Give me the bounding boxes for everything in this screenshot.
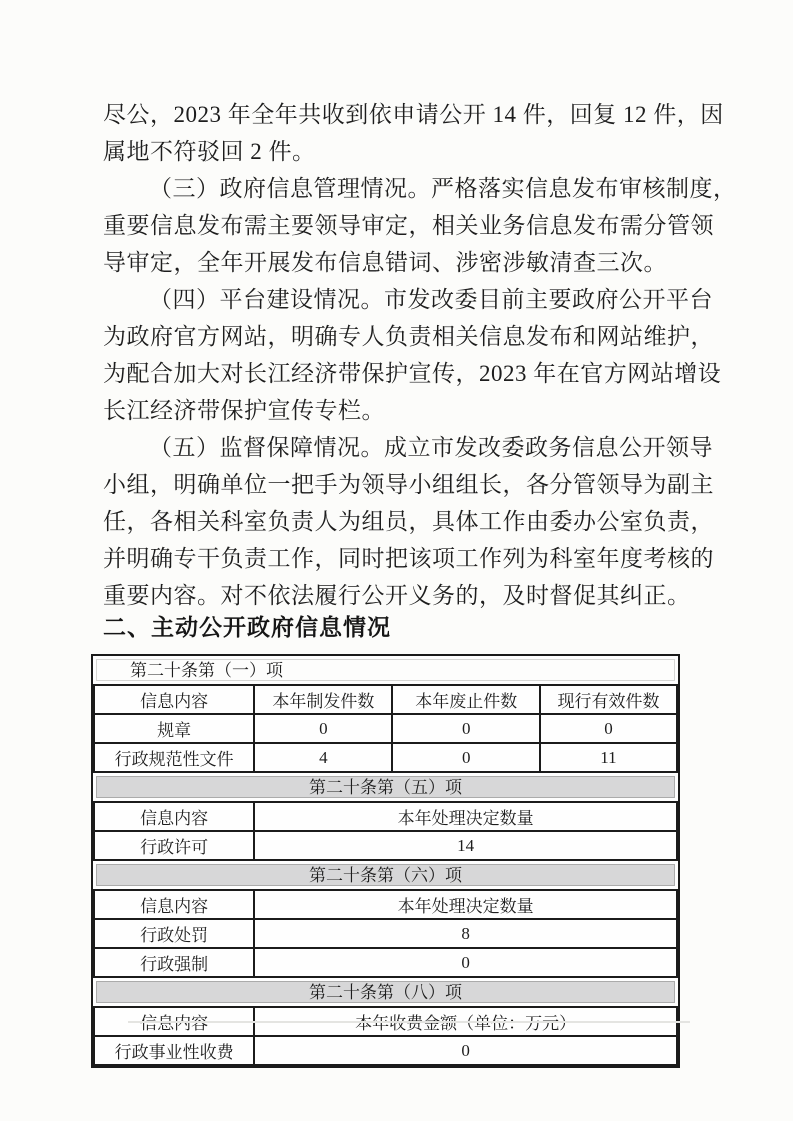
table-row: 行政许可 14 (94, 831, 677, 860)
table-cell: 0 (392, 743, 539, 772)
scanned-document-page: 尽公，2023 年全年共收到依申请公开 14 件，回复 12 件，因 属地不符驳… (0, 0, 793, 1121)
table-cell: 4 (254, 743, 392, 772)
table-header-cell: 信息内容 (94, 802, 254, 831)
table-header-cell: 信息内容 (94, 685, 254, 714)
body-text-block: 尽公，2023 年全年共收到依申请公开 14 件，回复 12 件，因 属地不符驳… (103, 96, 695, 614)
table-section-caption: 第二十条第（五）项 (96, 776, 675, 798)
body-paragraph-supervision-guarantee: （五）监督保障情况。成立市发改委政务信息公开领导 小组，明确单位一把手为领导小组… (103, 429, 695, 614)
body-paragraph-continuation: 尽公，2023 年全年共收到依申请公开 14 件，回复 12 件，因 属地不符驳… (103, 96, 695, 170)
table-cell: 0 (254, 948, 677, 977)
table-row: 行政处罚 8 (94, 919, 677, 948)
table-section-article20-item1: 信息内容 本年制发件数 本年废止件数 现行有效件数 规章 0 0 0 行政规范性… (93, 684, 678, 773)
table-row: 规章 0 0 0 (94, 714, 677, 743)
disclosure-table: 第二十条第（一）项 信息内容 本年制发件数 本年废止件数 现行有效件数 规章 0… (91, 654, 680, 1068)
table-row: 行政规范性文件 4 0 11 (94, 743, 677, 772)
table-cell: 行政强制 (94, 948, 254, 977)
table-row: 行政强制 0 (94, 948, 677, 977)
table-section-article20-item8: 信息内容 本年收费金额（单位：万元） 行政事业性收费 0 (93, 1006, 678, 1066)
table-cell: 行政规范性文件 (94, 743, 254, 772)
body-paragraph-info-management: （三）政府信息管理情况。严格落实信息发布审核制度， 重要信息发布需主要领导审定，… (103, 170, 695, 281)
table-cell: 0 (392, 714, 539, 743)
table-section-caption: 第二十条第（一）项 (96, 659, 675, 681)
body-paragraph-platform-construction: （四）平台建设情况。市发改委目前主要政府公开平台 为政府官方网站，明确专人负责相… (103, 281, 695, 429)
table-cell: 行政事业性收费 (94, 1036, 254, 1065)
table-cell: 0 (254, 714, 392, 743)
table-section-article20-item6: 信息内容 本年处理决定数量 行政处罚 8 行政强制 0 (93, 889, 678, 978)
table-cell: 8 (254, 919, 677, 948)
table-header-row: 信息内容 本年制发件数 本年废止件数 现行有效件数 (94, 685, 677, 714)
table-cell: 0 (254, 1036, 677, 1065)
table-cell: 11 (540, 743, 677, 772)
table-header-cell: 本年制发件数 (254, 685, 392, 714)
table-header-row: 信息内容 本年处理决定数量 (94, 802, 677, 831)
table-header-cell: 信息内容 (94, 890, 254, 919)
table-header-cell: 现行有效件数 (540, 685, 677, 714)
table-section-caption: 第二十条第（八）项 (96, 981, 675, 1003)
table-row: 行政事业性收费 0 (94, 1036, 677, 1065)
table-header-cell: 本年废止件数 (392, 685, 539, 714)
table-cell: 0 (540, 714, 677, 743)
scan-shadow-artifact (128, 1021, 690, 1023)
table-header-row: 信息内容 本年处理决定数量 (94, 890, 677, 919)
section-heading: 二、主动公开政府信息情况 (103, 608, 391, 646)
table-header-cell: 本年处理决定数量 (254, 890, 677, 919)
table-cell: 行政处罚 (94, 919, 254, 948)
table-header-cell: 本年处理决定数量 (254, 802, 677, 831)
table-cell: 14 (254, 831, 677, 860)
table-cell: 规章 (94, 714, 254, 743)
table-section-caption: 第二十条第（六）项 (96, 864, 675, 886)
table-cell: 行政许可 (94, 831, 254, 860)
table-section-article20-item5: 信息内容 本年处理决定数量 行政许可 14 (93, 801, 678, 861)
